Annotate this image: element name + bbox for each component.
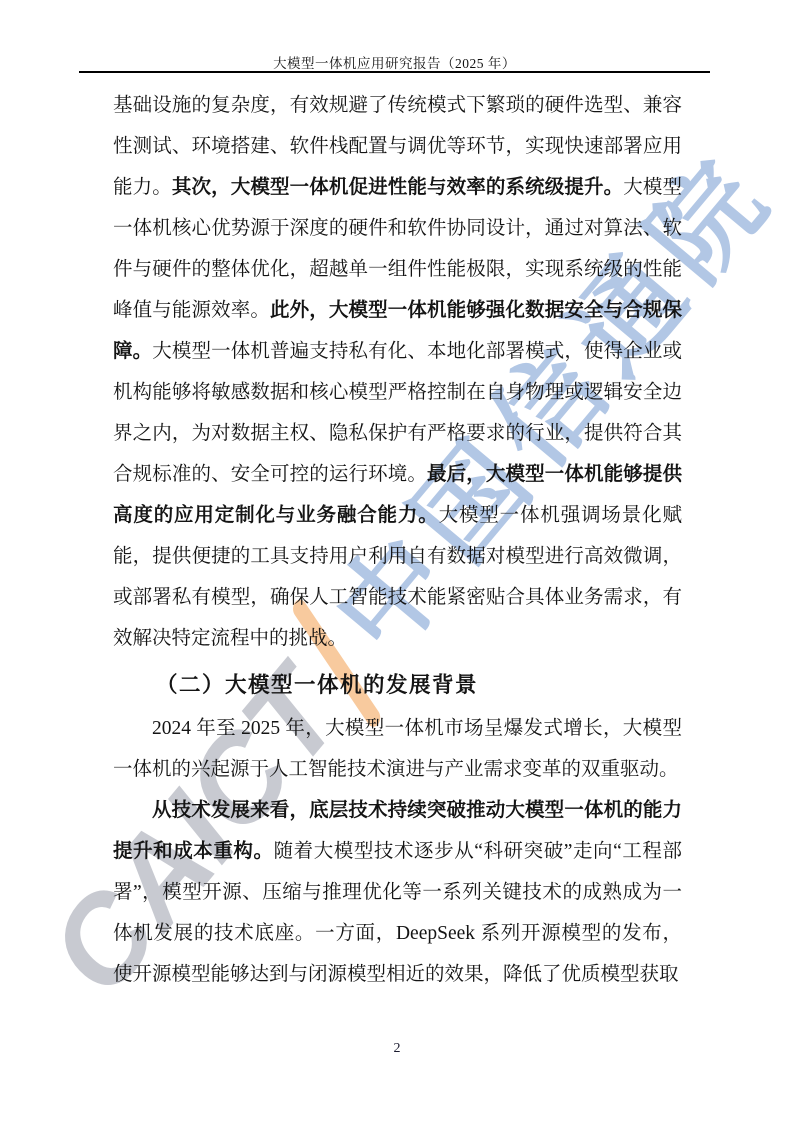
text-run: 大模型一体机强调场景化赋能，提供便捷的工具支持用户利用自有数据对模型进行高效微调… [113, 505, 682, 649]
text-run: 其次，大模型一体机促进性能与效率的系统级提升。 [172, 176, 623, 198]
page-number: 2 [0, 1041, 794, 1057]
page-header-title: 大模型一体机应用研究报告（2025 年） [79, 52, 710, 72]
document-body: 基础设施的复杂度，有效规避了传统模式下繁琐的硬件选型、兼容性测试、环境搭建、软件… [113, 85, 682, 995]
text-run: 2024 年至 2025 年，大模型一体机市场呈爆发式增长，大模型一体机的兴起源… [113, 718, 682, 780]
body-paragraph-1: 基础设施的复杂度，有效规避了传统模式下繁琐的硬件选型、兼容性测试、环境搭建、软件… [113, 85, 682, 659]
header-divider [79, 71, 710, 73]
section-heading: （二）大模型一体机的发展背景 [113, 665, 682, 706]
text-run: 随着大模型技术逐步从“科研突破”走向“工程部署”，模型开源、压缩与推理优化等一系… [113, 841, 682, 985]
body-paragraph-2: 2024 年至 2025 年，大模型一体机市场呈爆发式增长，大模型一体机的兴起源… [113, 708, 682, 790]
body-paragraph-3: 从技术发展来看，底层技术持续突破推动大模型一体机的能力提升和成本重构。随着大模型… [113, 790, 682, 995]
text-run: （二）大模型一体机的发展背景 [156, 673, 478, 697]
report-page: 大模型一体机应用研究报告（2025 年） CAICT 中国信通院 基础设施的复杂… [0, 0, 794, 1123]
